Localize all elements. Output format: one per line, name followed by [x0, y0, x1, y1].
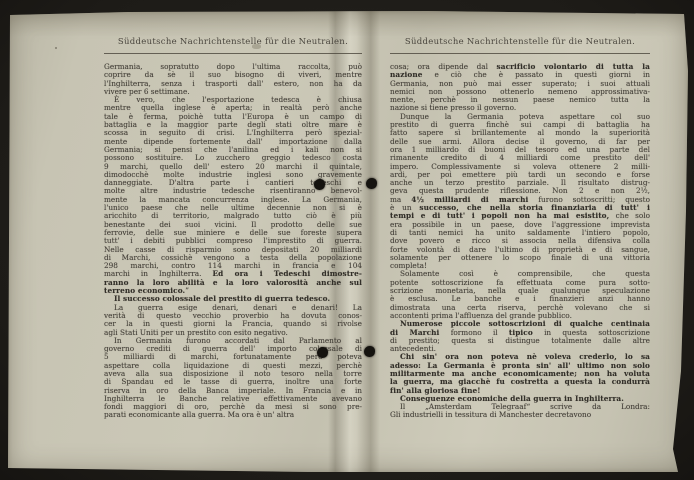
text-line: solamente per ottenere lo scopo finale d… [390, 254, 650, 262]
text-line: Gli industrielli in tessitura di Manches… [390, 411, 650, 419]
right-page: Süddeutsche Nachrichtenstelle für die Ne… [390, 37, 650, 420]
left-page-text: Germania, sopratutto dopo l'ultima racco… [104, 63, 362, 420]
punch-hole-top-left [314, 179, 325, 190]
punch-hole-bottom-left [317, 347, 328, 358]
right-page-header: Süddeutsche Nachrichtenstelle für die Ne… [390, 37, 650, 54]
left-page: Süddeutsche Nachrichtenstelle für die Ne… [104, 37, 362, 420]
ink-speck [55, 47, 57, 49]
scanned-document-background: Süddeutsche Nachrichtenstelle für die Ne… [0, 0, 694, 480]
paper-top-shading [8, 11, 688, 37]
text-line: parati economicante alla guerra. Ma ora … [104, 411, 362, 419]
document-page-spread: Süddeutsche Nachrichtenstelle für die Ne… [8, 11, 688, 472]
right-page-text: cosa; ora dipende dal sacrificio volonta… [390, 63, 650, 420]
punch-hole-bottom-right [364, 346, 375, 357]
punch-hole-top-right [366, 178, 377, 189]
left-page-header: Süddeutsche Nachrichtenstelle für die Ne… [104, 37, 362, 54]
